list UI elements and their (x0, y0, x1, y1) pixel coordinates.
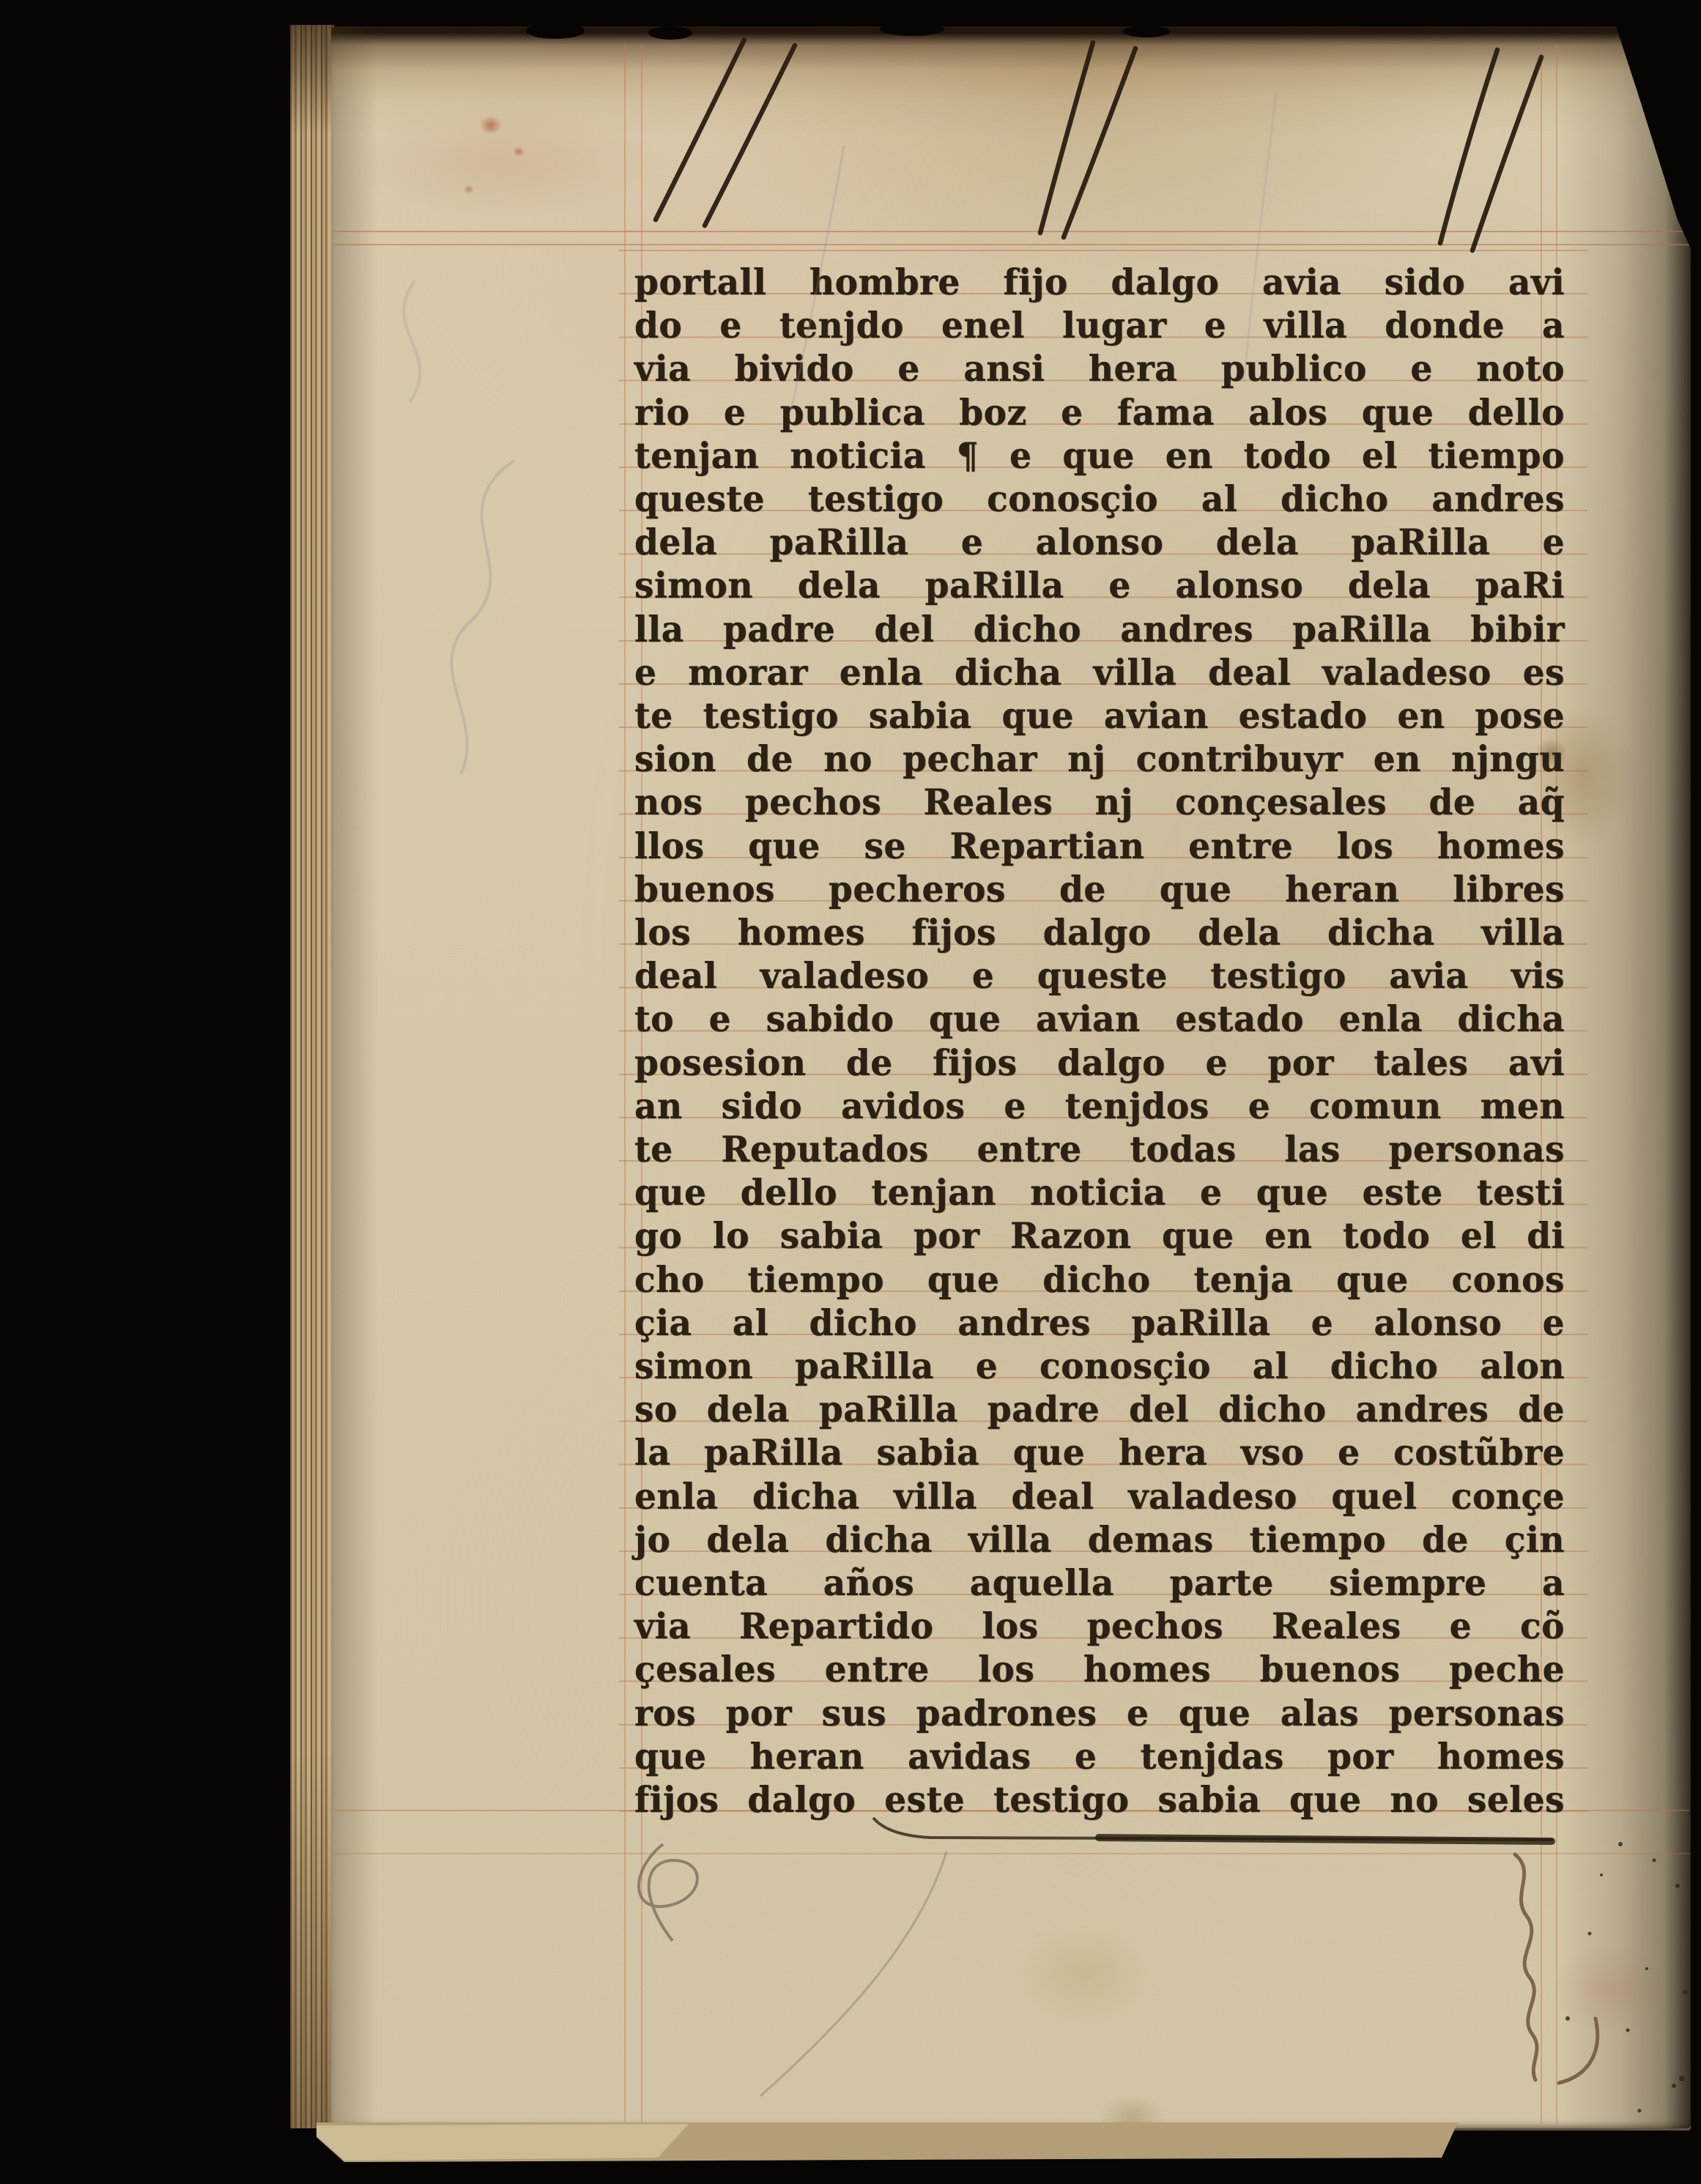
manuscript-line-32: via Repartido los pechos Reales e cõ (634, 1604, 1565, 1649)
photo-canvas: portall hombre fijo dalgo avia sido avid… (0, 0, 1701, 2184)
manuscript-line-24: cho tiempo que dicho tenja que conos (634, 1258, 1565, 1303)
manuscript-line-21: te Reputados entre todas las personas (634, 1127, 1565, 1173)
manuscript-line-14: llos que se Repartian entre los homes (634, 824, 1565, 869)
manuscript-line-31: cuenta años aquella parte siempre a (634, 1561, 1565, 1606)
manuscript-line-18: to e sabido que avian estado enla dicha (634, 997, 1565, 1042)
manuscript-line-5: tenjan noticia ¶ e que en todo el tiempo (634, 434, 1565, 479)
manuscript-line-17: deal valadeso e queste testigo avia vis (634, 954, 1565, 999)
manuscript-line-22: que dello tenjan noticia e que este test… (634, 1170, 1565, 1216)
manuscript-line-27: so dela paRilla padre del dicho andres d… (634, 1387, 1565, 1433)
manuscript-line-20: an sido avidos e tenjdos e comun men (634, 1084, 1565, 1129)
manuscript-line-28: la paRilla sabia que hera vso e costũbre (634, 1430, 1565, 1476)
manuscript-line-23: go lo sabia por Razon que en todo el di (634, 1214, 1565, 1259)
manuscript-line-9: lla padre del dicho andres paRilla bibir (634, 607, 1565, 653)
manuscript-line-10: e morar enla dicha villa deal valadeso e… (634, 650, 1565, 696)
manuscript-line-35: que heran avidas e tenjdas por homes (634, 1734, 1565, 1780)
text-block: portall hombre fijo dalgo avia sido avid… (0, 0, 1701, 2184)
manuscript-line-8: simon dela paRilla e alonso dela paRi (634, 563, 1565, 609)
manuscript-line-2: do e tenjdo enel lugar e villa donde a (634, 303, 1565, 349)
manuscript-line-36: fijos dalgo este testigo sabia que no se… (634, 1778, 1565, 1823)
manuscript-line-19: posesion de fijos dalgo e por tales avi (634, 1041, 1565, 1086)
manuscript-line-15: buenos pecheros de que heran libres (634, 867, 1565, 913)
manuscript-line-4: rio e publica boz e fama alos que dello (634, 390, 1565, 436)
manuscript-line-33: çesales entre los homes buenos peche (634, 1647, 1565, 1693)
manuscript-line-25: çia al dicho andres paRilla e alonso e (634, 1301, 1565, 1346)
manuscript-line-11: te testigo sabia que avian estado en pos… (634, 694, 1565, 739)
manuscript-line-34: ros por sus padrones e que alas personas (634, 1691, 1565, 1737)
manuscript-line-7: dela paRilla e alonso dela paRilla e (634, 520, 1565, 565)
manuscript-line-29: enla dicha villa deal valadeso quel conç… (634, 1474, 1565, 1520)
manuscript-line-26: simon paRilla e conosçio al dicho alon (634, 1344, 1565, 1389)
manuscript-line-16: los homes fijos dalgo dela dicha villa (634, 910, 1565, 956)
manuscript-line-30: jo dela dicha villa demas tiempo de çin (634, 1518, 1565, 1563)
manuscript-line-3: via bivido e ansi hera publico e noto (634, 346, 1565, 392)
manuscript-line-12: sion de no pechar nj contribuyr en njngu (634, 737, 1565, 782)
manuscript-line-1: portall hombre fijo dalgo avia sido avi (634, 260, 1565, 305)
manuscript-line-13: nos pechos Reales nj conçesales de aq̃ (634, 780, 1565, 825)
manuscript-line-6: queste testigo conosçio al dicho andres (634, 477, 1565, 522)
